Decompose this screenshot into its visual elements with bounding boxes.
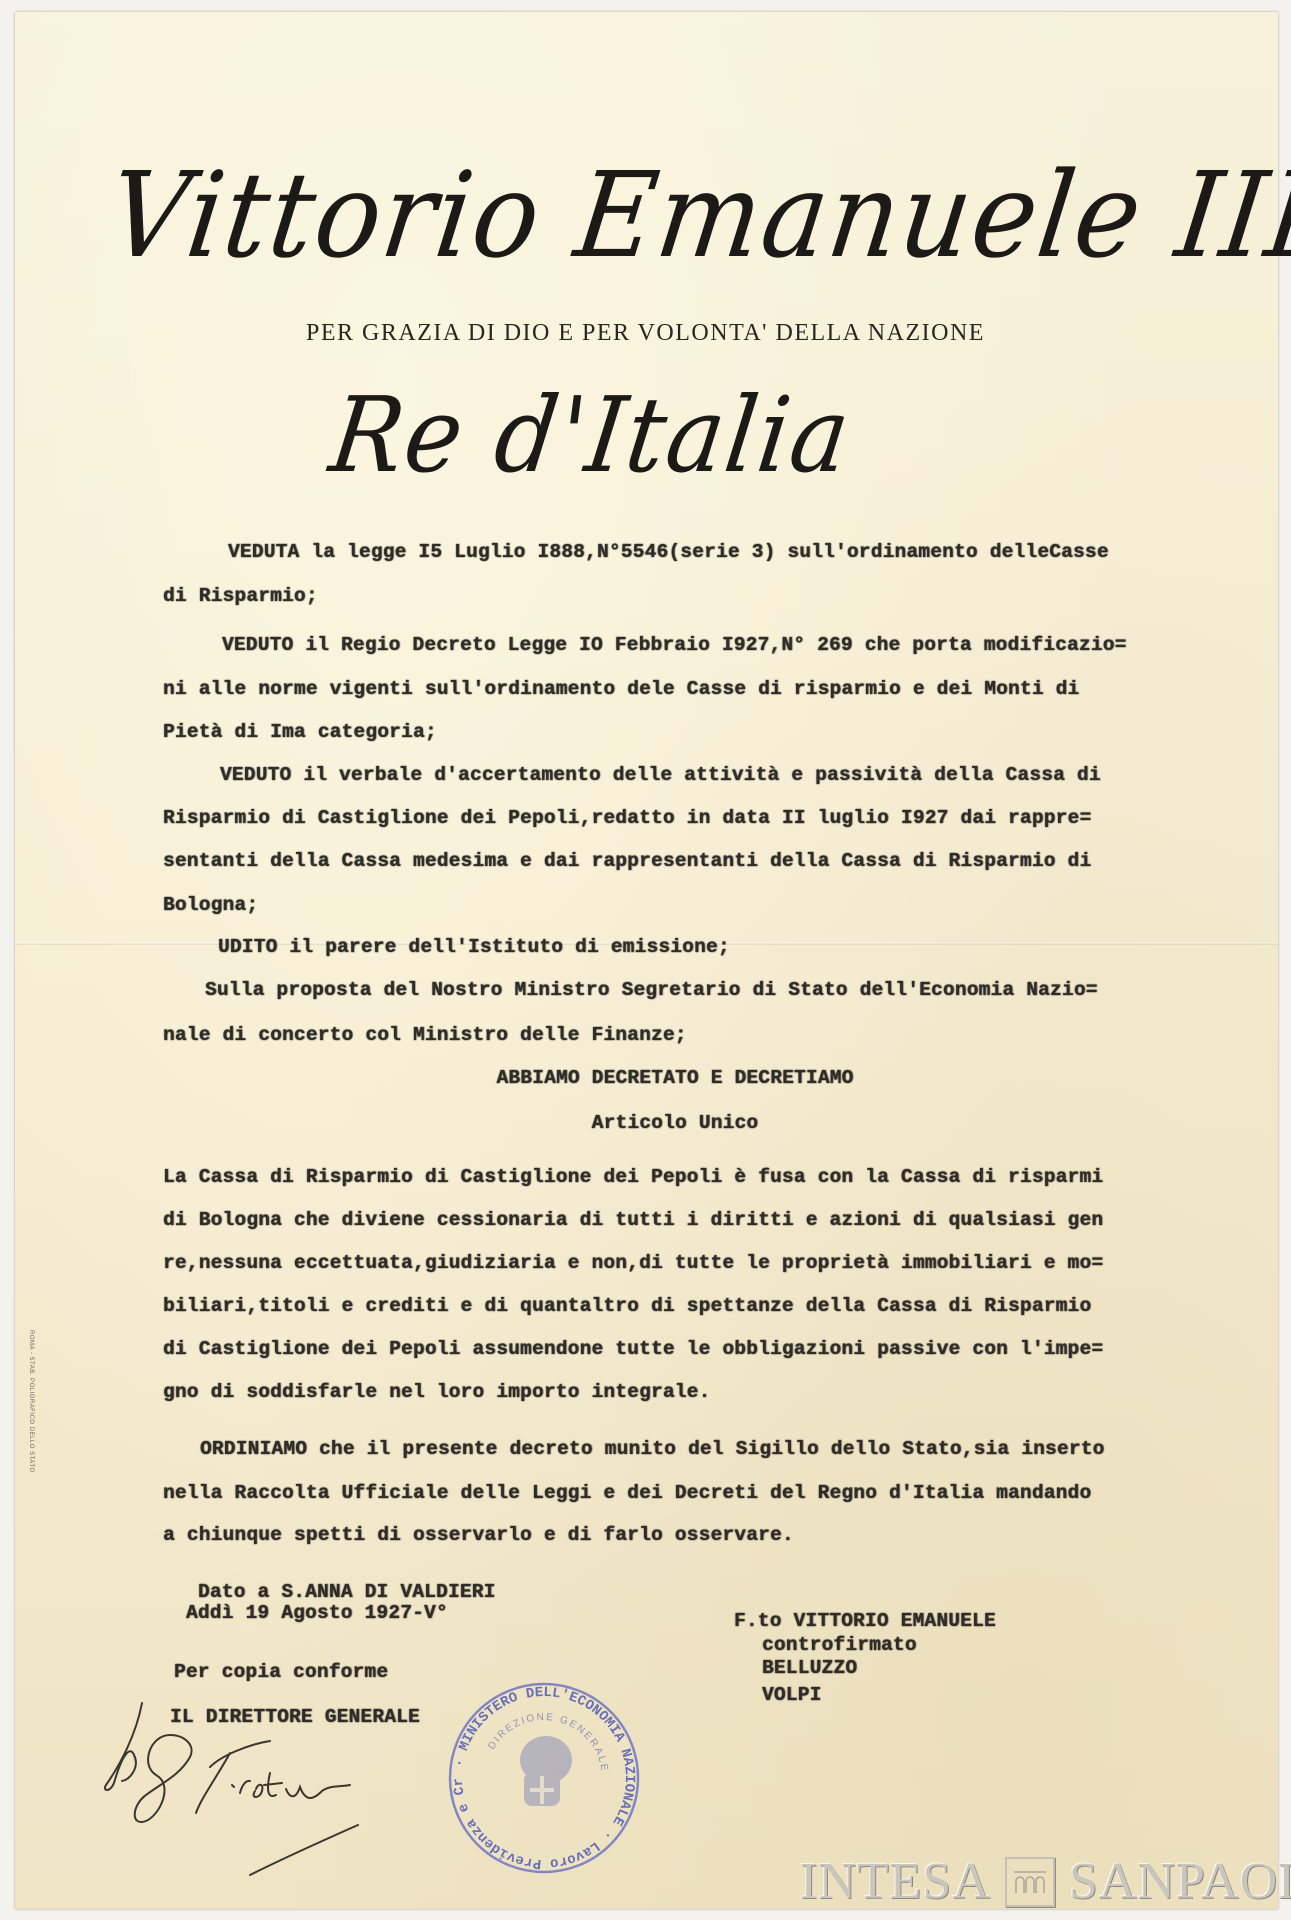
intesa-sanpaolo-watermark: INTESA SANPAOLO: [800, 1852, 1291, 1911]
copy-conform-note: Per copia conforme: [174, 1661, 388, 1683]
text-line: sentanti della Cassa medesima e dai rapp…: [163, 850, 1091, 872]
place-line: Dato a S.ANNA DI VALDIERI: [198, 1581, 496, 1603]
article-line: biliari,titoli e crediti e di quantaltro…: [163, 1295, 1091, 1317]
countersigner-volpi: VOLPI: [762, 1684, 822, 1706]
text-line: di Risparmio;: [163, 585, 318, 607]
article-heading: Articolo Unico: [150, 1112, 1200, 1134]
handwritten-signature: [100, 1695, 440, 1895]
royal-title-heading: Re d'Italia: [323, 370, 858, 500]
text-line: VEDUTO il verbale d'accertamento delle a…: [220, 764, 1101, 786]
text-line: Sulla proposta del Nostro Ministro Segre…: [205, 979, 1098, 1001]
text-line: Risparmio di Castiglione dei Pepoli,reda…: [163, 807, 1091, 829]
decree-heading: ABBIAMO DECRETATO E DECRETIAMO: [150, 1067, 1200, 1089]
text-line: Bologna;: [163, 894, 258, 916]
article-line: re,nessuna eccettuata,giudiziaria e non,…: [163, 1252, 1103, 1274]
text-line: UDITO il parere dell'Istituto di emissio…: [218, 936, 730, 958]
order-line: a chiunque spetti di osservarlo e di far…: [163, 1524, 794, 1546]
text-line: ni alle norme vigenti sull'ordinamento d…: [163, 678, 1079, 700]
countersigner-belluzzo: BELLUZZO: [762, 1657, 857, 1679]
order-line: ORDINIAMO che il presente decreto munito…: [200, 1438, 1105, 1460]
sovereign-name-heading: Vittorio Emanuele III: [101, 140, 1291, 290]
article-line: gno di soddisfarle nel loro importo inte…: [163, 1381, 711, 1403]
article-line: di Castiglione dei Pepoli assumendone tu…: [163, 1338, 1103, 1360]
printer-imprint: ROMA - STAB. POLIGRAFICO DELLO STATO: [28, 1330, 34, 1473]
royal-signature-line: F.to VITTORIO EMANUELE: [734, 1610, 996, 1632]
document-page: [15, 12, 1278, 1909]
watermark-right-text: SANPAOLO: [1069, 1852, 1291, 1911]
royal-subtitle: PER GRAZIA DI DIO E PER VOLONTA' DELLA N…: [0, 320, 1291, 347]
date-line: Addì 19 Agosto 1927-V°: [186, 1602, 448, 1624]
arch-logo-icon: [1005, 1857, 1055, 1907]
article-line: La Cassa di Risparmio di Castiglione dei…: [163, 1166, 1103, 1188]
article-line: di Bologna che diviene cessionaria di tu…: [163, 1209, 1103, 1231]
text-line: nale di concerto col Ministro delle Fina…: [163, 1024, 687, 1046]
order-line: nella Raccolta Ufficiale delle Leggi e d…: [163, 1482, 1091, 1504]
countersigned-label: controfirmato: [762, 1634, 917, 1656]
text-line: VEDUTA la legge I5 Luglio I888,N°5546(se…: [228, 541, 1109, 563]
text-line: Pietà di Ima categoria;: [163, 721, 437, 743]
text-line: VEDUTO il Regio Decreto Legge IO Febbrai…: [222, 634, 1127, 656]
ministry-stamp: · MINISTERO DELL'ECONOMIA NAZIONALE · La…: [446, 1680, 642, 1876]
watermark-left-text: INTESA: [800, 1852, 991, 1911]
